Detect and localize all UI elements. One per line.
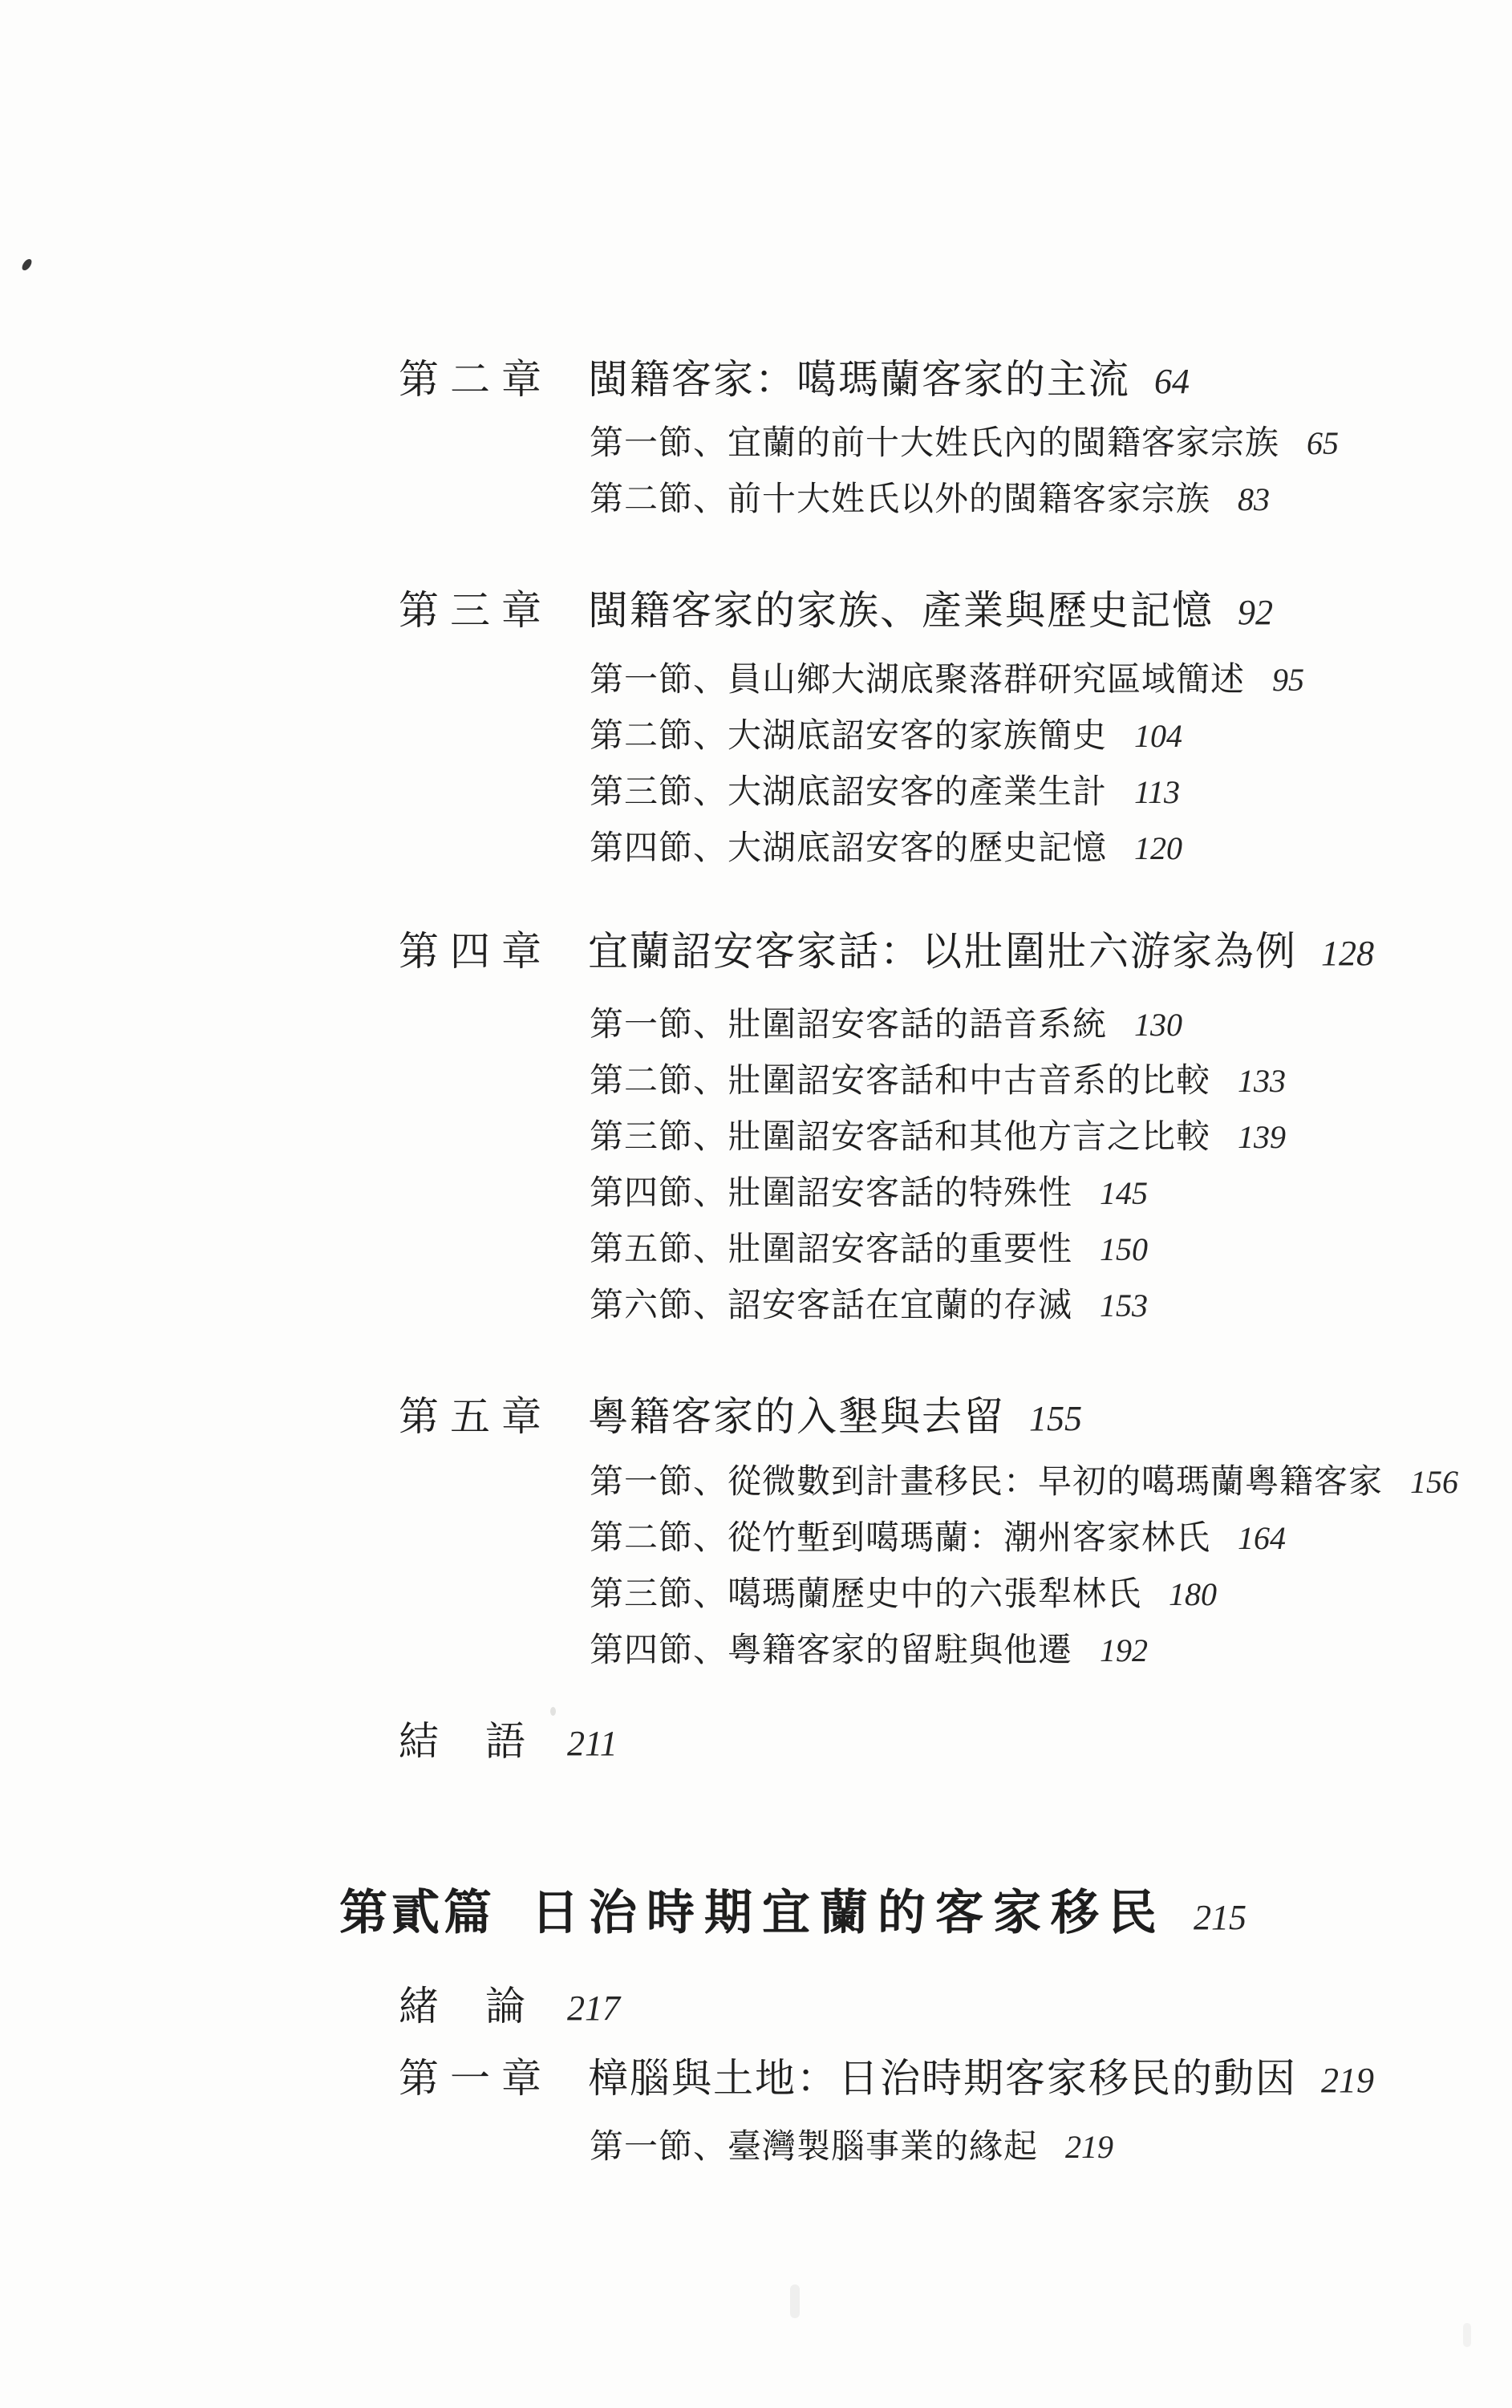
- part-2-title: 日治時期宜蘭的客家移民: [531, 1887, 1166, 1940]
- chapter-3-title-line: 閩籍客家的家族、產業與歷史記憶92: [588, 590, 1273, 630]
- section-title: 第四節、壯圍詔安客話的特殊性: [590, 1175, 1072, 1212]
- chapter-5-label: 第五章: [399, 1397, 553, 1437]
- scan-smudge: [550, 1707, 556, 1716]
- chapter-2-title: 閩籍客家：噶瑪蘭客家的主流: [588, 357, 1130, 402]
- section-page-number: 104: [1134, 718, 1182, 754]
- section-line: 第二節、大湖底詔安客的家族簡史104: [590, 720, 1182, 753]
- part-2-heading-line: 第貳篇日治時期宜蘭的客家移民215: [339, 1889, 1246, 1937]
- section-line: 第一節、從微數到計畫移民：早初的噶瑪蘭粵籍客家156: [590, 1465, 1458, 1499]
- section-line: 第一節、臺灣製腦事業的緣起219: [590, 2130, 1113, 2164]
- chapter-2-title-line: 閩籍客家：噶瑪蘭客家的主流64: [588, 359, 1190, 399]
- section-title: 第五節、壯圍詔安客話的重要性: [590, 1231, 1072, 1268]
- scan-smudge: [790, 2284, 800, 2318]
- chapter-3-label: 第三章: [399, 590, 553, 630]
- part2-chapter-1-label: 第一章: [399, 2058, 553, 2098]
- section-page-number: 113: [1134, 774, 1180, 810]
- section-line: 第二節、從竹塹到噶瑪蘭：潮州客家林氏164: [590, 1522, 1286, 1555]
- section-title: 第二節、大湖底詔安客的家族簡史: [590, 718, 1107, 755]
- section-line: 第二節、前十大姓氏以外的閩籍客家宗族83: [590, 483, 1270, 517]
- section-page-number: 153: [1100, 1287, 1148, 1324]
- part-2-page-number: 215: [1194, 1898, 1246, 1937]
- section-page-number: 83: [1238, 481, 1270, 517]
- section-title: 第一節、臺灣製腦事業的緣起: [590, 2129, 1038, 2166]
- section-line: 第四節、壯圍詔安客話的特殊性145: [590, 1177, 1148, 1210]
- section-page-number: 150: [1100, 1231, 1148, 1267]
- chapter-2-page-number: 64: [1154, 362, 1190, 401]
- chapter-4-title: 宜蘭詔安客家話：以壯圍壯六游家為例: [588, 929, 1297, 974]
- section-page-number: 145: [1100, 1175, 1148, 1211]
- chapter-4-title-line: 宜蘭詔安客家話：以壯圍壯六游家為例128: [588, 931, 1374, 971]
- section-line: 第四節、大湖底詔安客的歷史記憶120: [590, 832, 1182, 866]
- section-title: 第三節、噶瑪蘭歷史中的六張犁林氏: [590, 1576, 1141, 1613]
- section-line: 第一節、宜蘭的前十大姓氏內的閩籍客家宗族65: [590, 427, 1339, 460]
- chapter-5-page-number: 155: [1029, 1399, 1082, 1438]
- chapter-3-title: 閩籍客家的家族、產業與歷史記憶: [588, 588, 1214, 633]
- chapter-4-label: 第四章: [399, 931, 553, 971]
- section-line: 第一節、壯圍詔安客話的語音系統130: [590, 1008, 1182, 1042]
- chapter-4-page-number: 128: [1321, 934, 1374, 973]
- section-page-number: 133: [1238, 1063, 1286, 1099]
- chapter-2-label: 第二章: [399, 359, 553, 399]
- intro-label: 緒 論: [399, 1984, 529, 2029]
- section-title: 第一節、員山鄉大湖底聚落群研究區域簡述: [590, 662, 1245, 699]
- section-page-number: 120: [1134, 830, 1182, 866]
- section-line: 第六節、詔安客話在宜蘭的存滅153: [590, 1289, 1148, 1323]
- section-page-number: 95: [1272, 662, 1304, 698]
- section-title: 第四節、粵籍客家的留駐與他遷: [590, 1632, 1072, 1669]
- section-page-number: 130: [1134, 1007, 1182, 1043]
- chapter-5-title: 粵籍客家的入墾與去留: [588, 1394, 1005, 1439]
- intro-page-number: 217: [567, 1988, 620, 2028]
- section-title: 第一節、壯圍詔安客話的語音系統: [590, 1007, 1107, 1044]
- section-title: 第二節、從竹塹到噶瑪蘭：潮州客家林氏: [590, 1520, 1210, 1557]
- section-line: 第四節、粵籍客家的留駐與他遷192: [590, 1634, 1148, 1668]
- section-line: 第二節、壯圍詔安客話和中古音系的比較133: [590, 1064, 1286, 1098]
- section-title: 第六節、詔安客話在宜蘭的存滅: [590, 1287, 1072, 1324]
- part2-chapter-1-title-line: 樟腦與土地：日治時期客家移民的動因219: [588, 2058, 1374, 2098]
- section-title: 第四節、大湖底詔安客的歷史記憶: [590, 830, 1107, 867]
- section-title: 第一節、從微數到計畫移民：早初的噶瑪蘭粵籍客家: [590, 1464, 1383, 1501]
- conclusion-label: 結 語: [399, 1719, 529, 1764]
- chapter-5-title-line: 粵籍客家的入墾與去留155: [588, 1397, 1082, 1437]
- section-line: 第三節、大湖底詔安客的產業生計113: [590, 776, 1180, 809]
- section-title: 第一節、宜蘭的前十大姓氏內的閩籍客家宗族: [590, 425, 1279, 462]
- conclusion-page-number: 211: [567, 1724, 618, 1763]
- section-title: 第三節、大湖底詔安客的產業生計: [590, 774, 1107, 811]
- section-page-number: 180: [1169, 1576, 1217, 1612]
- part2-chapter-1-title: 樟腦與土地：日治時期客家移民的動因: [588, 2056, 1297, 2101]
- section-page-number: 192: [1100, 1632, 1148, 1668]
- section-title: 第三節、壯圍詔安客話和其他方言之比較: [590, 1119, 1210, 1156]
- section-page-number: 65: [1307, 425, 1339, 461]
- intro-line: 緒 論217: [399, 1986, 620, 2026]
- part-2-label: 第貳篇: [339, 1887, 496, 1940]
- section-page-number: 156: [1410, 1464, 1458, 1500]
- scan-smudge: [1463, 2323, 1471, 2347]
- toc-page: 第二章 閩籍客家：噶瑪蘭客家的主流64 第一節、宜蘭的前十大姓氏內的閩籍客家宗族…: [0, 0, 1512, 2408]
- conclusion-line: 結 語211: [399, 1721, 618, 1761]
- section-line: 第三節、壯圍詔安客話和其他方言之比較139: [590, 1121, 1286, 1154]
- section-line: 第一節、員山鄉大湖底聚落群研究區域簡述95: [590, 663, 1304, 697]
- ink-speck: [21, 257, 33, 272]
- section-title: 第二節、壯圍詔安客話和中古音系的比較: [590, 1063, 1210, 1100]
- section-line: 第五節、壯圍詔安客話的重要性150: [590, 1233, 1148, 1267]
- part2-chapter-1-page-number: 219: [1321, 2061, 1374, 2100]
- section-title: 第二節、前十大姓氏以外的閩籍客家宗族: [590, 481, 1210, 518]
- section-page-number: 164: [1238, 1520, 1286, 1556]
- chapter-3-page-number: 92: [1238, 593, 1273, 632]
- section-page-number: 139: [1238, 1119, 1286, 1155]
- section-page-number: 219: [1065, 2129, 1113, 2165]
- section-line: 第三節、噶瑪蘭歷史中的六張犁林氏180: [590, 1578, 1217, 1611]
